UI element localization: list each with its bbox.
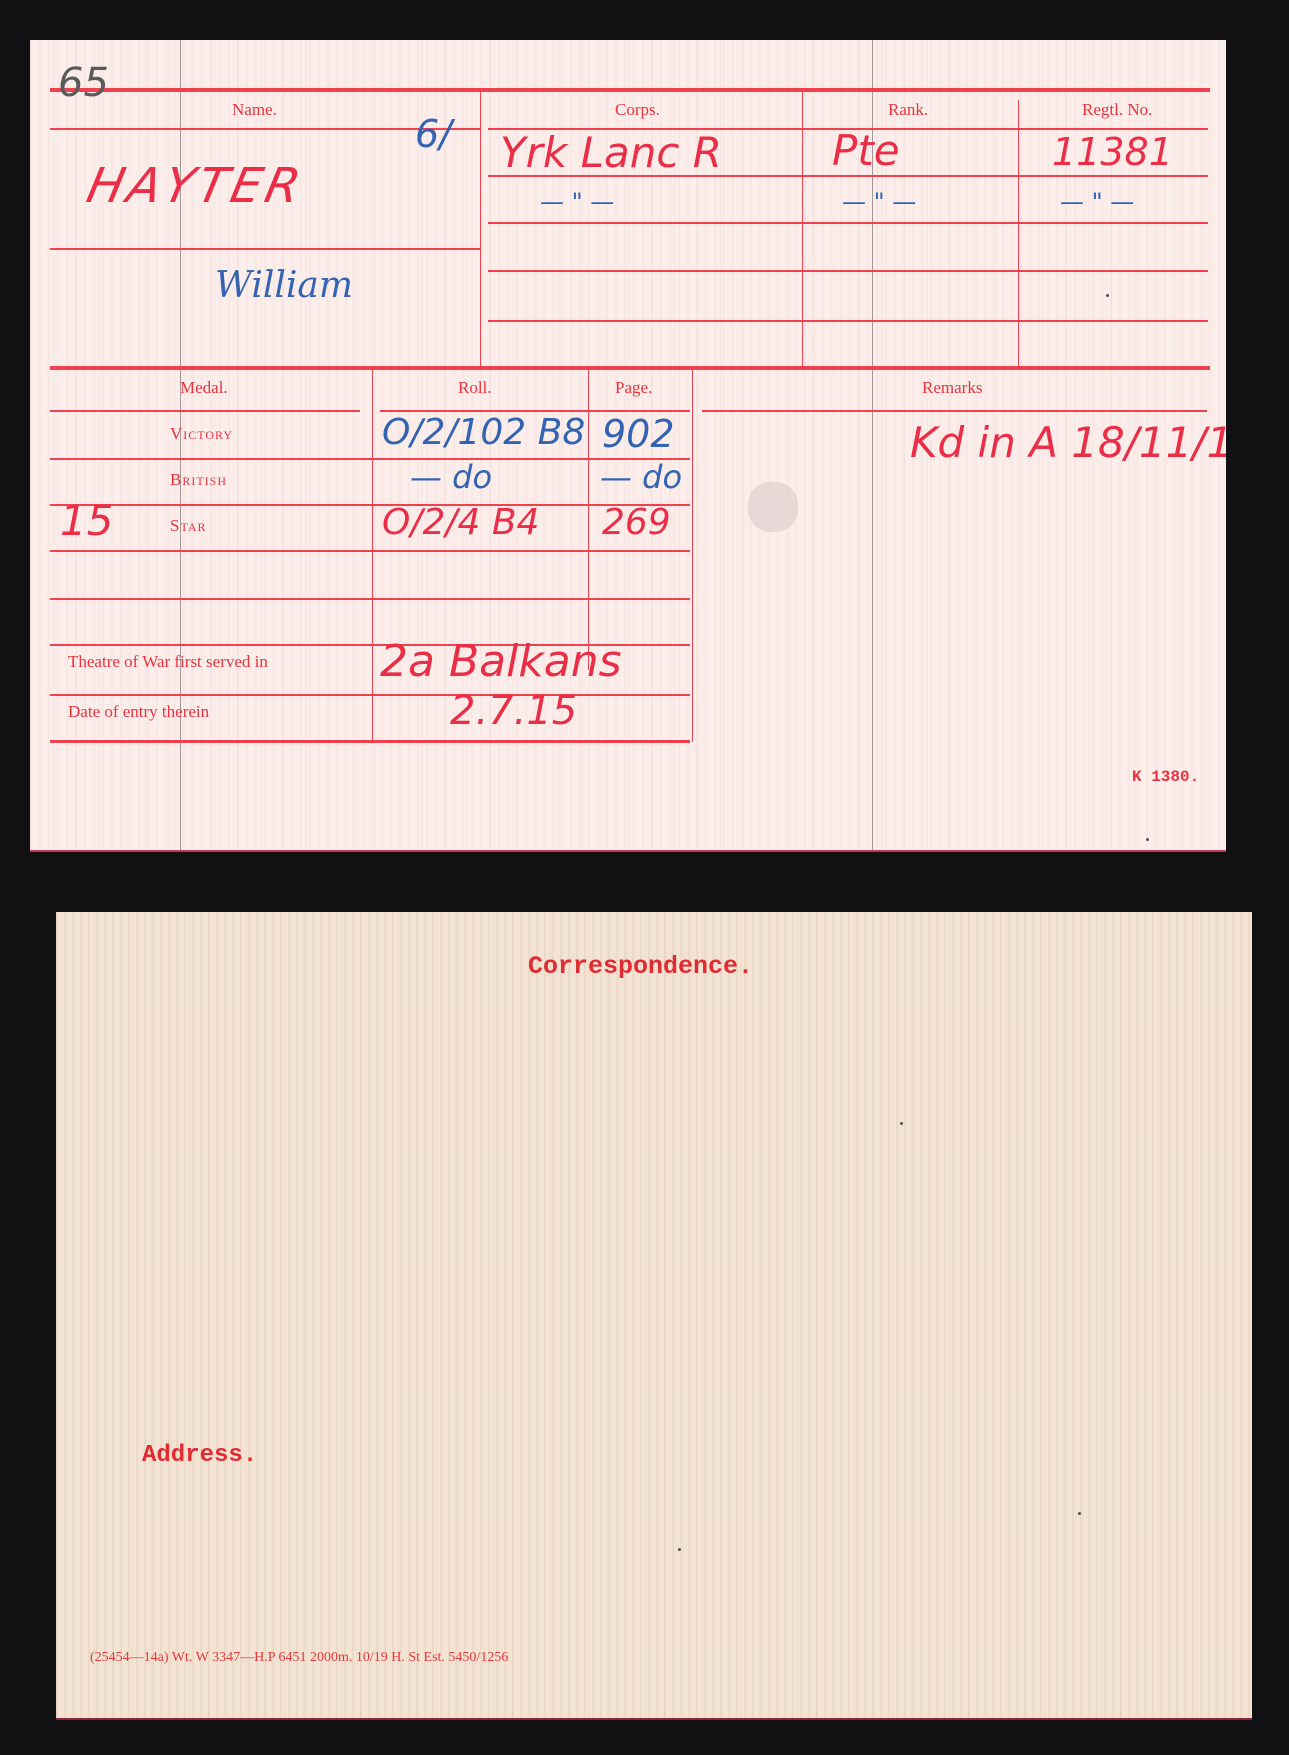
surname: HAYTER [82,158,309,214]
entry-date-value: 2.7.15 [450,688,577,734]
medal-name: Star [170,516,207,536]
medal-name: Victory [170,424,233,444]
grid-line [488,320,1208,322]
paper-speck [1106,294,1109,297]
page-value: 269 [602,502,671,543]
rank-ditto: — " — [842,188,916,216]
grid-line [50,550,690,552]
corps-header: Corps. [615,100,660,120]
correspondence-heading: Correspondence. [528,952,753,981]
entry-date-label: Date of entry therein [68,702,209,722]
paper-speck [678,1548,681,1551]
grid-line [50,248,480,250]
roll-value: — do [410,458,492,496]
roll-value: O/2/102 B8 [382,412,585,453]
grid-line [702,410,1207,412]
grid-line [480,90,481,370]
forename: William [215,265,353,306]
form-code: K 1380. [1132,768,1199,786]
battalion-prefix: 6/ [415,112,452,156]
regtl-ditto: — " — [1060,188,1134,216]
section-rule [50,366,1210,370]
paper-speck [900,1122,903,1125]
medal-card-back: Correspondence. Address. (25454—14a) Wt.… [56,912,1252,1720]
grid-line [50,410,360,412]
header-rule [50,88,1210,92]
grid-line [588,370,589,670]
theatre-label: Theatre of War first served in [68,652,268,672]
paper-speck [1078,1512,1081,1515]
grid-line [1018,100,1019,370]
corps-entry: Yrk Lanc R [500,128,722,177]
paper-stain [748,482,798,532]
grid-line [50,458,690,460]
printer-line: (25454—14a) Wt. W 3347—H.P 6451 2000m. 1… [90,1650,508,1666]
paper-speck [1146,838,1149,841]
regtl-no-entry: 11381 [1052,130,1173,174]
medal-name: British [170,470,227,490]
roll-value: O/2/4 B4 [382,502,539,543]
grid-line [802,90,803,370]
pencil-note: 65 [58,60,109,106]
grid-line [488,222,1208,224]
grid-line [50,598,690,600]
grid-line [50,694,690,696]
roll-header: Roll. [458,378,492,398]
page-value: — do [600,458,682,496]
corps-ditto: — " — [540,188,614,216]
grid-line [488,270,1208,272]
theatre-value: 2a Balkans [380,636,622,687]
grid-line [50,504,690,506]
page-value: 902 [602,412,675,456]
medal-card-front: 65 Name. Corps. Rank. Regtl. No. HAYTER … [30,40,1226,852]
grid-line [372,370,373,742]
address-label: Address. [142,1442,257,1469]
name-header: Name. [232,100,277,120]
grid-line [692,370,693,742]
remarks-header: Remarks [922,378,982,398]
regtl-no-header: Regtl. No. [1082,100,1152,120]
rank-entry: Pte [832,126,900,175]
rank-header: Rank. [888,100,928,120]
star-prefix: 15 [60,496,113,545]
page-header: Page. [615,378,652,398]
grid-line [50,740,690,743]
remark-entry: Kd in A 18/11/15 [910,418,1226,467]
medal-header: Medal. [180,378,228,398]
